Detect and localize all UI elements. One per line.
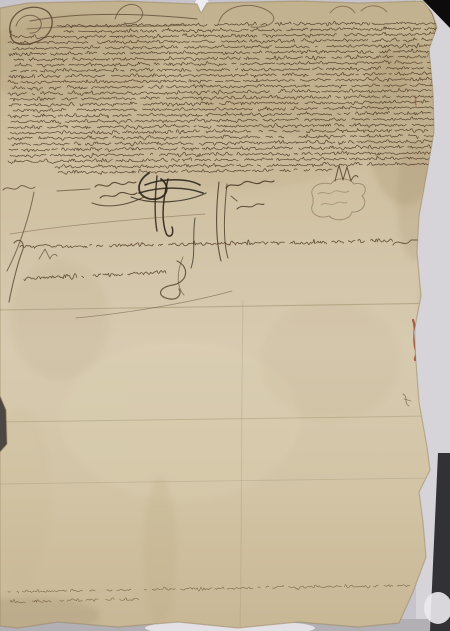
paper-stain xyxy=(75,90,375,190)
paper-stain xyxy=(10,260,110,380)
manuscript-photo xyxy=(0,0,450,631)
wax-seal-remnants-stroke xyxy=(415,96,416,105)
paper-stain xyxy=(260,300,400,420)
paper-stain xyxy=(144,475,176,625)
manuscript-scan xyxy=(0,0,450,631)
